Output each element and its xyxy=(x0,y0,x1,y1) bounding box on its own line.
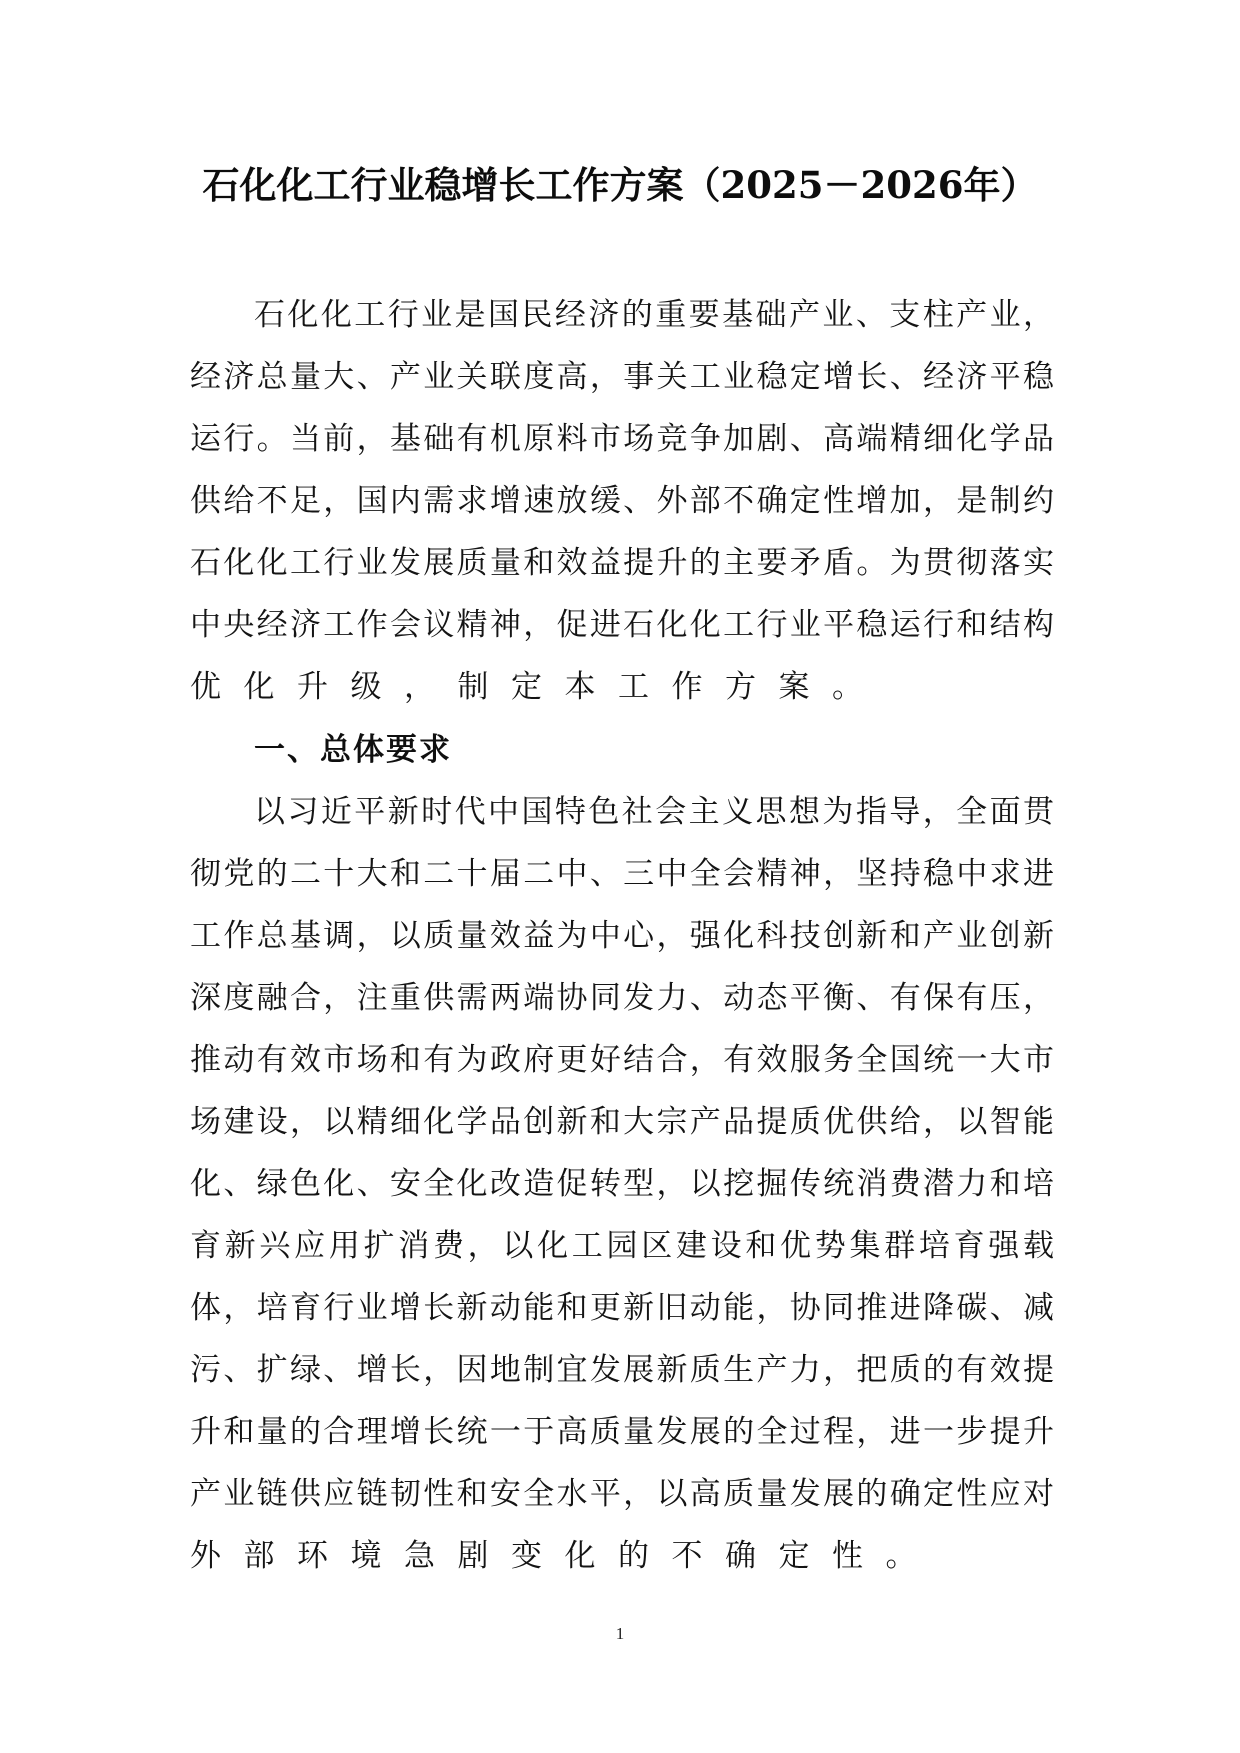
paragraph-line: 彻党的二十大和二十届二中、三中全会精神，坚持稳中求进 xyxy=(190,843,1054,905)
paragraph-line: 供给不足，国内需求增速放缓、外部不确定性增加，是制约 xyxy=(190,470,1054,532)
paragraph-line: 升和量的合理增长统一于高质量发展的全过程，进一步提升 xyxy=(190,1401,1054,1463)
paragraph-line: 化、绿色化、安全化改造促转型，以挖掘传统消费潜力和培 xyxy=(190,1153,1054,1215)
page-number: 1 xyxy=(0,1622,1240,1646)
document-page: 石化化工行业稳增长工作方案（2025－2026年） 石化化工行业是国民经济的重要… xyxy=(0,0,1240,1753)
paragraph-line: 以习近平新时代中国特色社会主义思想为指导，全面贯 xyxy=(190,781,1054,843)
paragraph-line: 外部环境急剧变化的不确定性。 xyxy=(190,1525,1054,1587)
section-heading: 一、总体要求 xyxy=(254,719,452,781)
paragraph-line: 深度融合，注重供需两端协同发力、动态平衡、有保有压， xyxy=(190,967,1054,1029)
paragraph-line: 推动有效市场和有为政府更好结合，有效服务全国统一大市 xyxy=(190,1029,1054,1091)
paragraph-line: 场建设，以精细化学品创新和大宗产品提质优供给，以智能 xyxy=(190,1091,1054,1153)
paragraph-line: 优化升级，制定本工作方案。 xyxy=(190,656,1054,718)
paragraph-line: 石化化工行业发展质量和效益提升的主要矛盾。为贯彻落实 xyxy=(190,532,1054,594)
paragraph-line: 经济总量大、产业关联度高，事关工业稳定增长、经济平稳 xyxy=(190,346,1054,408)
paragraph-line: 育新兴应用扩消费，以化工园区建设和优势集群培育强载 xyxy=(190,1215,1054,1277)
paragraph-line: 石化化工行业是国民经济的重要基础产业、支柱产业， xyxy=(190,284,1054,346)
paragraph-line: 运行。当前，基础有机原料市场竞争加剧、高端精细化学品 xyxy=(190,408,1054,470)
general-requirements-paragraph: 以习近平新时代中国特色社会主义思想为指导，全面贯 彻党的二十大和二十届二中、三中… xyxy=(190,781,1054,1587)
paragraph-line: 工作总基调，以质量效益为中心，强化科技创新和产业创新 xyxy=(190,905,1054,967)
paragraph-line: 中央经济工作会议精神，促进石化化工行业平稳运行和结构 xyxy=(190,594,1054,656)
paragraph-line: 体，培育行业增长新动能和更新旧动能，协同推进降碳、减 xyxy=(190,1277,1054,1339)
paragraph-line: 污、扩绿、增长，因地制宜发展新质生产力，把质的有效提 xyxy=(190,1339,1054,1401)
document-title: 石化化工行业稳增长工作方案（2025－2026年） xyxy=(0,160,1240,210)
intro-paragraph: 石化化工行业是国民经济的重要基础产业、支柱产业， 经济总量大、产业关联度高，事关… xyxy=(190,284,1054,718)
paragraph-line: 产业链供应链韧性和安全水平，以高质量发展的确定性应对 xyxy=(190,1463,1054,1525)
